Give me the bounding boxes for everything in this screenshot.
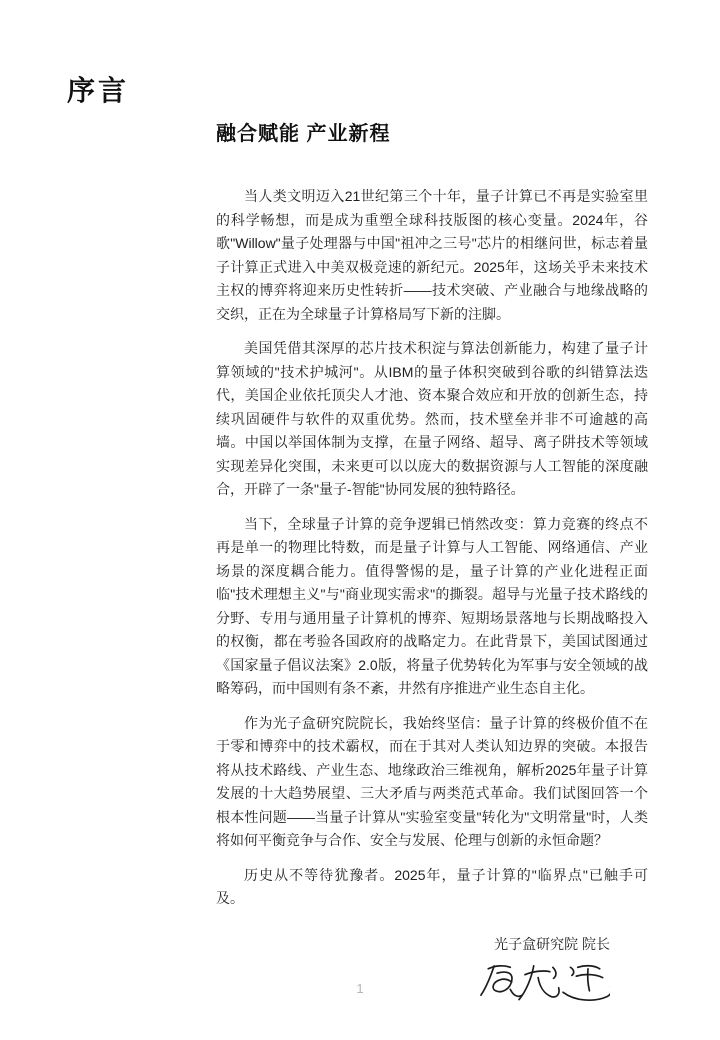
signature-block: 光子盒研究院 院长 bbox=[216, 933, 648, 1011]
page-title: 序言 bbox=[67, 73, 129, 109]
content-column: 融合赋能 产业新程 当人类文明迈入21世纪第三个十年，量子计算已不再是实验室里的… bbox=[216, 120, 648, 1011]
paragraph-2: 美国凭借其深厚的芯片技术积淀与算法创新能力，构建了量子计算领域的"技术护城河"。… bbox=[216, 337, 648, 502]
paragraph-1: 当人类文明迈入21世纪第三个十年，量子计算已不再是实验室里的科学畅想，而是成为重… bbox=[216, 185, 648, 326]
signature-affiliation: 光子盒研究院 院长 bbox=[216, 933, 610, 956]
preface-page: 序言 融合赋能 产业新程 当人类文明迈入21世纪第三个十年，量子计算已不再是实验… bbox=[0, 0, 720, 1040]
page-number: 1 bbox=[0, 981, 720, 996]
section-subtitle: 融合赋能 产业新程 bbox=[216, 120, 648, 148]
paragraph-5: 历史从不等待犹豫者。2025年，量子计算的"临界点"已触手可及。 bbox=[216, 864, 648, 911]
paragraph-4: 作为光子盒研究院院长，我始终坚信：量子计算的终极价值不在于零和博弈中的技术霸权，… bbox=[216, 712, 648, 853]
paragraph-3: 当下，全球量子计算的竞争逻辑已悄然改变：算力竞赛的终点不再是单一的物理比特数，而… bbox=[216, 513, 648, 701]
